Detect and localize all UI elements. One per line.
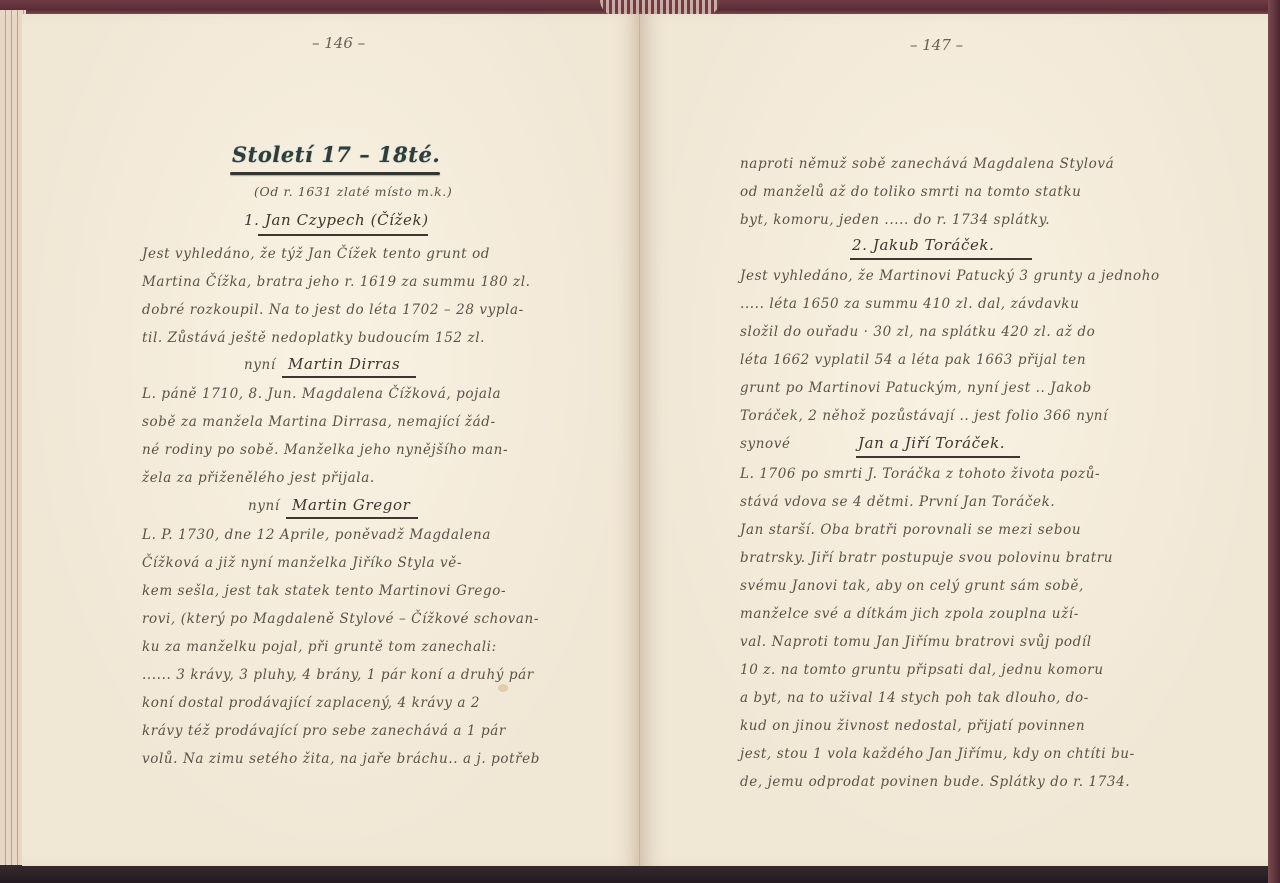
- text-line: ..... léta 1650 za summu 410 zl. dal, zá…: [740, 296, 1079, 312]
- book-cover-right-edge: [1268, 0, 1280, 883]
- text-line: kem sešla, jest tak statek tento Martino…: [142, 583, 506, 599]
- page-title: Století 17 – 18té.: [232, 142, 440, 167]
- text-line: til. Zůstává ještě nedoplatky budoucím 1…: [142, 330, 485, 346]
- page-number: – 147 –: [910, 36, 963, 54]
- text-line: L. páně 1710, 8. Jun. Magdalena Čížková,…: [142, 386, 501, 402]
- text-line: koní dostal prodávající zaplacený, 4 krá…: [142, 695, 480, 711]
- heading-underline: [850, 258, 1032, 260]
- section-heading: Martin Dirras: [288, 355, 400, 373]
- text-line: Toráček, 2 něhož pozůstávají .. jest fol…: [740, 408, 1108, 424]
- text-line: žela za přiženělého jest přijala.: [142, 470, 375, 486]
- section-prefix: synové: [740, 436, 791, 452]
- text-line: val. Naproti tomu Jan Jiřímu bratrovi sv…: [740, 634, 1092, 650]
- text-line: svému Janovi tak, aby on celý grunt sám …: [740, 578, 1084, 594]
- text-line: krávy též prodávající pro sebe zanechává…: [142, 723, 506, 739]
- text-line: manželce své a dítkám jich zpola zouplna…: [740, 606, 1079, 622]
- text-line: Jan starší. Oba bratři porovnali se mezi…: [740, 522, 1081, 538]
- text-line: volů. Na zimu setého žita, na jaře brách…: [142, 751, 540, 767]
- right-page: – 147 – naproti němuž sobě zanechává Mag…: [640, 14, 1268, 866]
- text-line: jest, stou 1 vola každého Jan Jiřímu, kd…: [740, 746, 1135, 762]
- section-prefix: nyní: [244, 357, 276, 373]
- text-line: grunt po Martinovi Patuckým, nyní jest .…: [740, 380, 1092, 396]
- text-line: od manželů až do toliko smrti na tomto s…: [740, 184, 1081, 200]
- heading-underline: [282, 376, 416, 378]
- text-line: L. 1706 po smrti J. Toráčka z tohoto živ…: [740, 466, 1100, 482]
- text-line: Jest vyhledáno, že Martinovi Patucký 3 g…: [740, 268, 1160, 284]
- text-line: kud on jinou živnost nedostal, přijatí p…: [740, 718, 1085, 734]
- text-line: L. P. 1730, dne 12 Aprile, poněvadž Magd…: [142, 527, 491, 543]
- section-heading: Jan a Jiří Toráček.: [858, 434, 1005, 452]
- left-page: – 146 – Století 17 – 18té. (Od r. 1631 z…: [22, 14, 640, 866]
- section-prefix: nyní: [248, 498, 280, 514]
- section-heading: Martin Gregor: [292, 496, 410, 514]
- heading-underline: [856, 456, 1020, 458]
- text-line: rovi, (který po Magdaleně Stylové – Čížk…: [142, 611, 539, 627]
- text-line: Martina Čížka, bratra jeho r. 1619 za su…: [142, 274, 531, 290]
- text-line: bratrsky. Jiří bratr postupuje svou polo…: [740, 550, 1113, 566]
- text-line: 10 z. na tomto gruntu připsati dal, jedn…: [740, 662, 1104, 678]
- text-line: ...... 3 krávy, 3 pluhy, 4 brány, 1 pár …: [142, 667, 534, 683]
- text-line: de, jemu odprodat povinen bude. Splátky …: [740, 774, 1130, 790]
- heading-underline: [286, 517, 418, 519]
- text-line: stává vdova se 4 dětmi. První Jan Toráče…: [740, 494, 1055, 510]
- section-heading: 2. Jakub Toráček.: [852, 236, 994, 254]
- text-line: Jest vyhledáno, že týž Jan Čížek tento g…: [142, 246, 490, 262]
- page-number: – 146 –: [312, 34, 365, 52]
- text-line: a byt, na to užival 14 stych poh tak dlo…: [740, 690, 1089, 706]
- section-heading: 1. Jan Czypech (Čížek): [244, 211, 429, 229]
- paper-stain: [498, 684, 508, 692]
- text-line: dobré rozkoupil. Na to jest do léta 1702…: [142, 302, 524, 318]
- text-line: né rodiny po sobě. Manželka jeho nynější…: [142, 442, 508, 458]
- subtitle: (Od r. 1631 zlaté místo m.k.): [254, 184, 452, 199]
- text-line: naproti němuž sobě zanechává Magdalena S…: [740, 156, 1114, 172]
- text-line: sobě za manžela Martina Dirrasa, nemajíc…: [142, 414, 496, 430]
- text-line: ku za manželku pojal, při gruntě tom zan…: [142, 639, 497, 655]
- title-underline: [230, 172, 440, 175]
- text-line: složil do ouřadu · 30 zl, na splátku 420…: [740, 324, 1095, 340]
- text-line: byt, komoru, jeden ..... do r. 1734 splá…: [740, 212, 1050, 228]
- heading-underline: [258, 234, 428, 236]
- text-line: Čížková a již nyní manželka Jiříko Styla…: [142, 555, 462, 571]
- text-line: léta 1662 vyplatil 54 a léta pak 1663 př…: [740, 352, 1086, 368]
